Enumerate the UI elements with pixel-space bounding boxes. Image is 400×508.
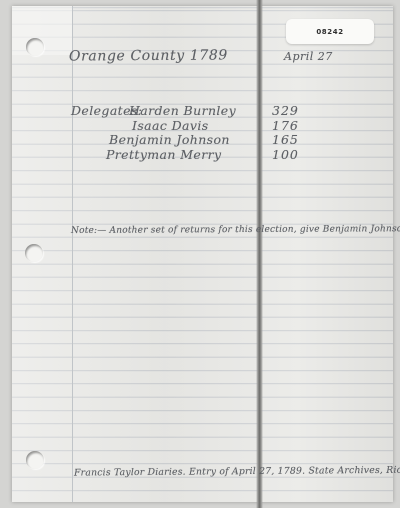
delegate-row: Isaac Davis 176 xyxy=(0,118,400,133)
spine-shadow-line xyxy=(256,0,263,508)
delegate-votes: 329 xyxy=(272,103,299,118)
ruled-paper xyxy=(12,6,393,502)
delegate-row: Delegates: Harden Burnley 329 xyxy=(0,103,400,118)
punch-hole-bottom xyxy=(26,451,44,469)
delegate-row: Benjamin Johnson 165 xyxy=(0,132,400,147)
note-line: Note:— Another set of returns for this e… xyxy=(71,224,400,236)
left-margin-rule xyxy=(72,6,73,502)
scanned-notebook-page: 08242 Orange County 1789 April 27 Delega… xyxy=(0,0,400,508)
accession-number: 08242 xyxy=(316,28,343,36)
delegate-votes: 165 xyxy=(272,132,299,147)
entry-date: April 27 xyxy=(284,50,333,63)
county-year-heading: Orange County 1789 xyxy=(69,47,228,64)
delegate-row: Prettyman Merry 100 xyxy=(0,147,400,162)
delegate-votes: 100 xyxy=(272,147,299,162)
accession-label: 08242 xyxy=(286,19,374,44)
punch-hole-top xyxy=(26,38,44,56)
delegate-votes: 176 xyxy=(272,118,299,133)
delegate-name: Harden Burnley xyxy=(129,103,236,118)
delegate-name: Benjamin Johnson xyxy=(109,132,230,147)
delegate-name: Prettyman Merry xyxy=(106,147,221,162)
punch-hole-middle xyxy=(25,244,43,262)
delegate-name: Isaac Davis xyxy=(132,118,209,133)
